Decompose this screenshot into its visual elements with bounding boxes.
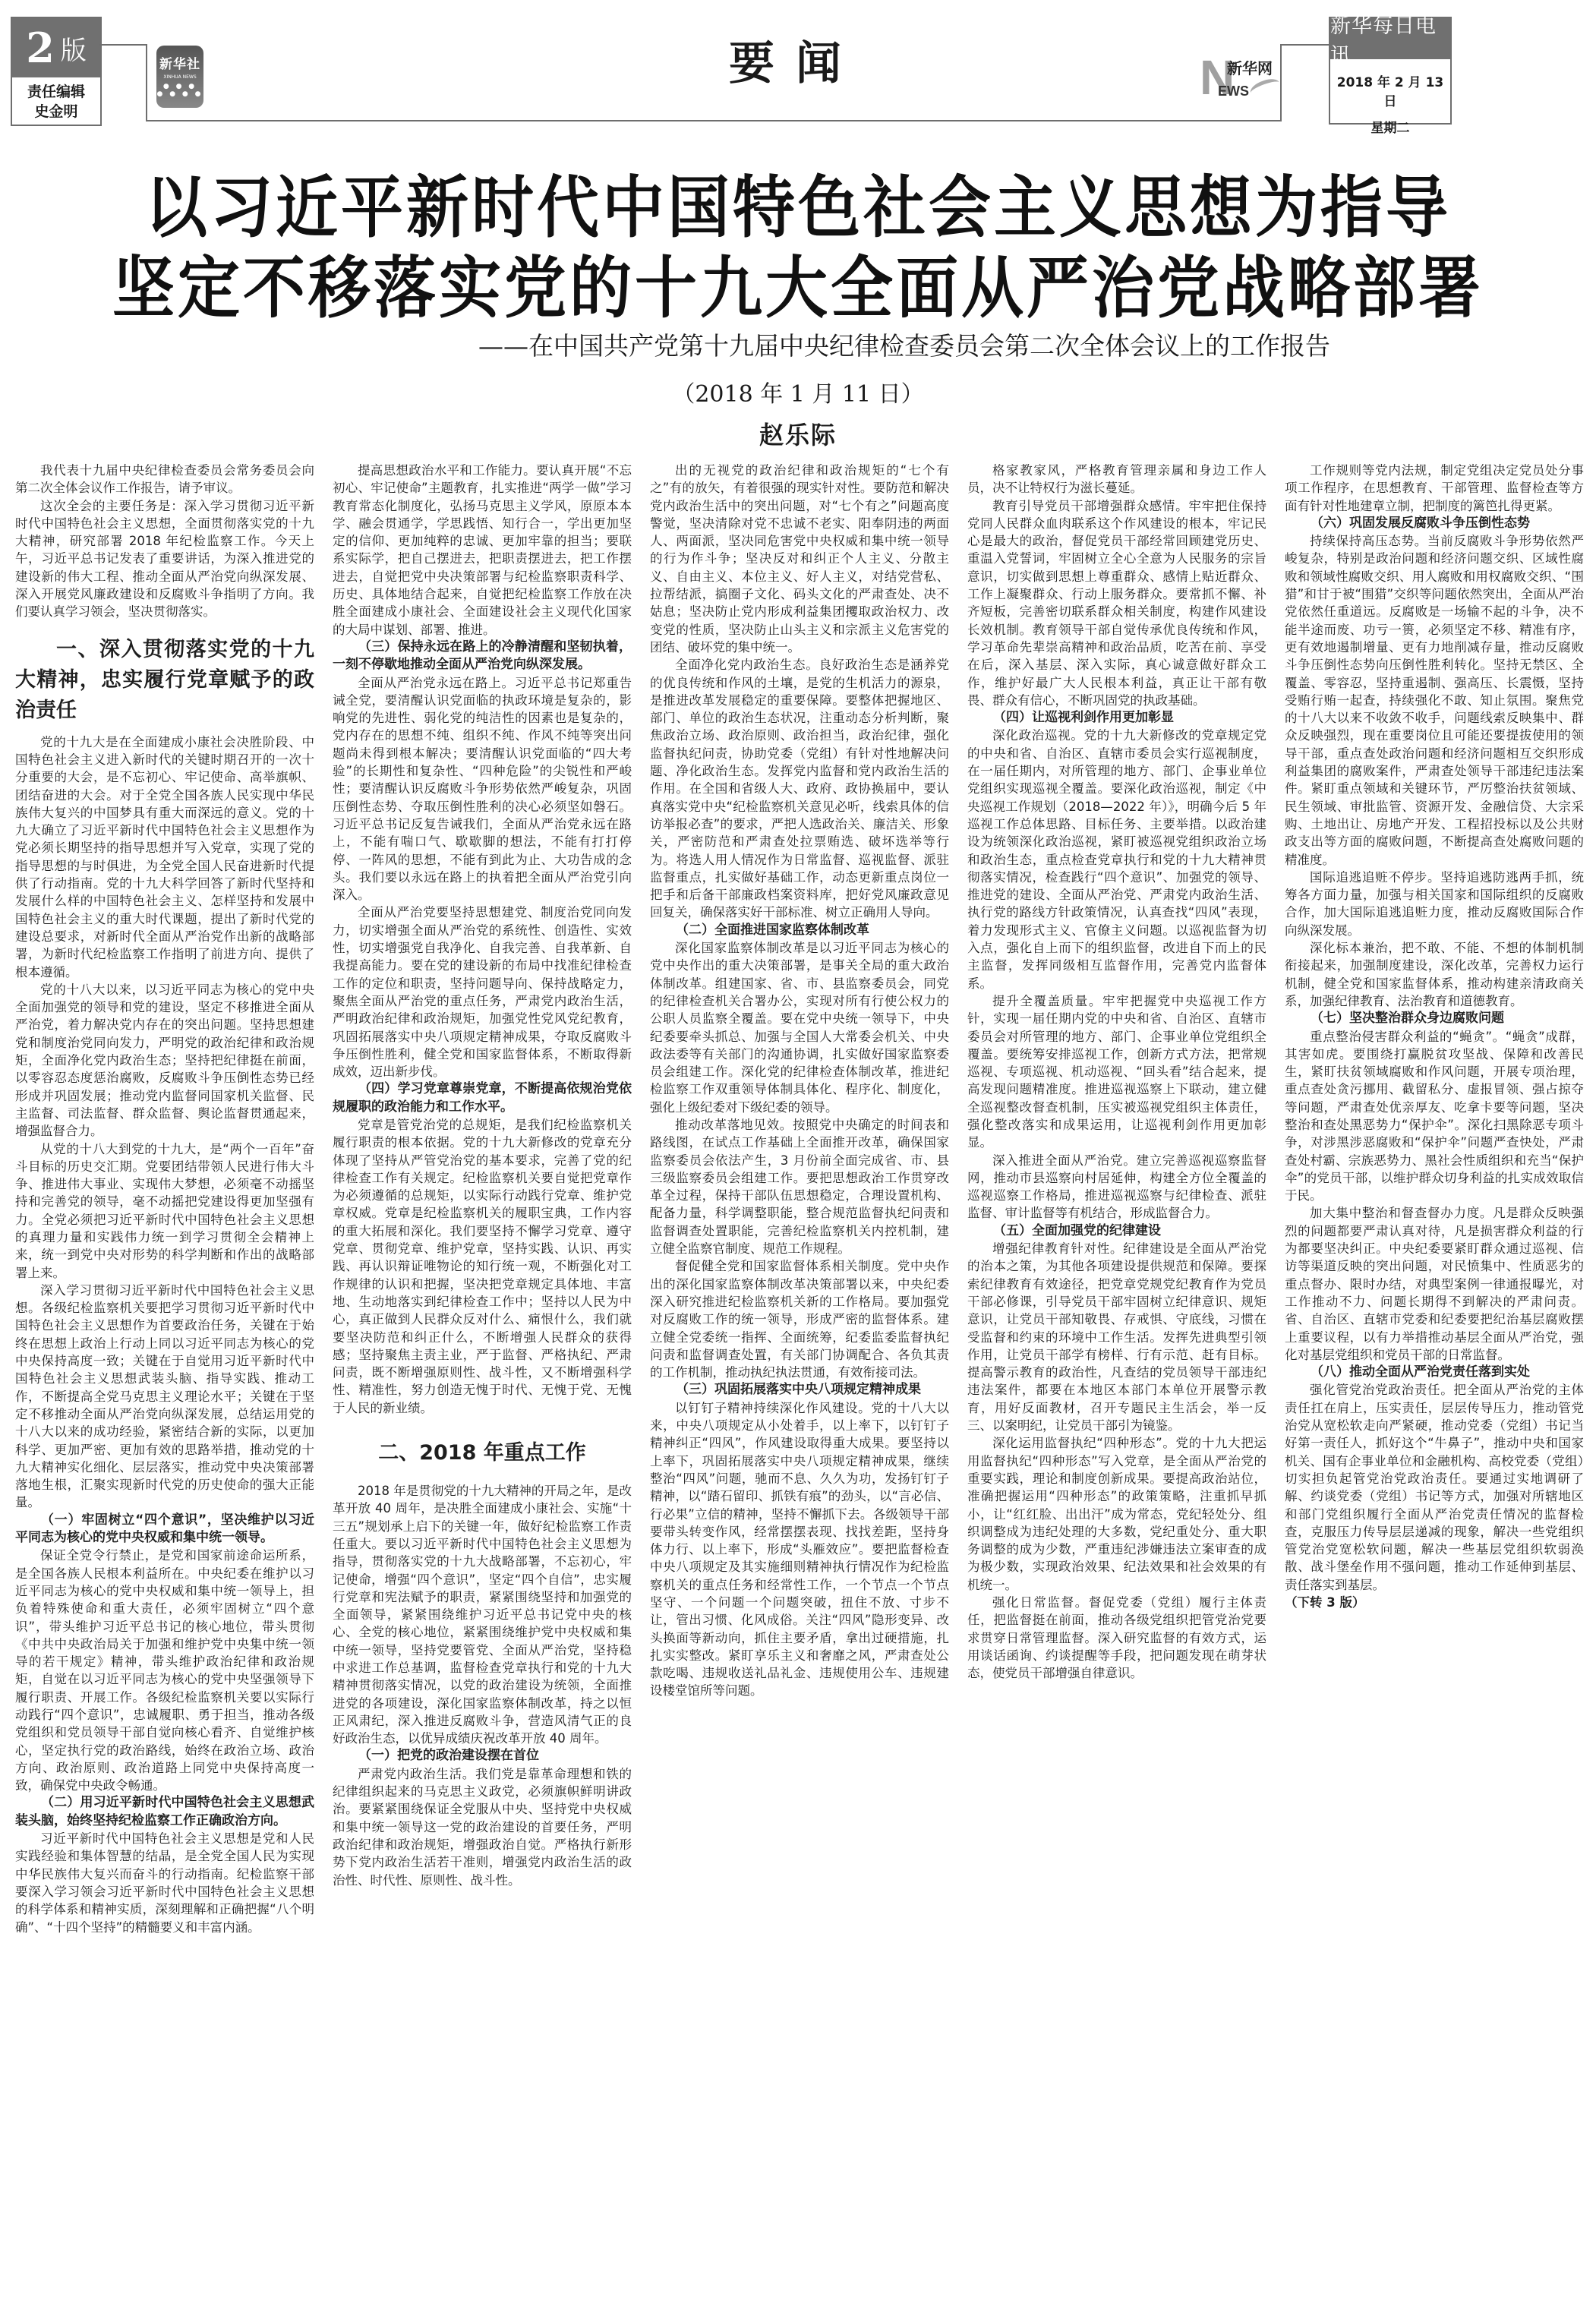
paragraph: 深入学习贯彻习近平新时代中国特色社会主义思想。各级纪检监察机关要把学习贯彻习近平… xyxy=(15,1282,314,1512)
subsection-heading: （二）用习近平新时代中国特色社会主义思想武装头脑，始终坚持纪检监察工作正确政治方… xyxy=(15,1794,314,1830)
edition-number: 2 xyxy=(26,24,55,72)
paragraph: 深化标本兼治，把不敢、不能、不想的体制机制衔接起来，加强制度建设，深化改革，完善… xyxy=(1285,939,1584,1010)
paragraph: 这次全会的主要任务是：深入学习贯彻习近平新时代中国特色社会主义思想，全面贯彻落实… xyxy=(15,497,314,621)
subsection-heading: （五）全面加强党的纪律建设 xyxy=(967,1222,1266,1240)
article-subtitle: ——在中国共产党第十九届中央纪律检查委员会第二次全体会议上的工作报告 xyxy=(0,326,1596,362)
edition-unit: 版 xyxy=(61,30,87,67)
subsection-heading: （六）巩固发展反腐败斗争压倒性态势 xyxy=(1285,515,1584,532)
section-heading: 一、深入贯彻落实党的十九大精神，忠实履行党章赋予的政治责任 xyxy=(15,635,314,726)
editor-credit: 责任编辑 史金明 xyxy=(12,77,100,121)
paragraph: 格家教家风，严格教育管理亲属和身边工作人员，决不让特权行为滋长蔓延。 xyxy=(967,462,1266,497)
paragraph: 深化国家监察体制改革是以习近平同志为核心的党中央作出的重大决策部署，是事关全局的… xyxy=(650,939,949,1116)
paragraph: 推动改革落地见效。按照党中央确定的时间表和路线图，在试点工作基础上全面推开改革，… xyxy=(650,1116,949,1257)
article-column-2: 提高思想政治水平和工作能力。要认真开展“不忘初心、牢记使命”主题教育，扎实推进“… xyxy=(333,462,632,2303)
paragraph: 工作规则等党内法规，制定党组决定党员处分事项工作程序，在思想教育、干部管理、监督… xyxy=(1285,462,1584,515)
paragraph: 我代表十九届中央纪律检查委员会常务委员会向第二次全体会议作工作报告，请予审议。 xyxy=(15,462,314,497)
paragraph: 党的十九大是在全面建成小康社会决胜阶段、中国特色社会主义进入新时代的关键时期召开… xyxy=(15,733,314,981)
article-column-3: 出的无视党的政治纪律和政治规矩的“七个有之”有的放矢，有着很强的现实针对性。要防… xyxy=(650,462,949,2303)
paragraph: 提高思想政治水平和工作能力。要认真开展“不忘初心、牢记使命”主题教育，扎实推进“… xyxy=(333,462,632,639)
paragraph: 增强纪律教育针对性。纪律建设是全面从严治党的治本之策，为其他各项建设提供规范和保… xyxy=(967,1240,1266,1434)
article-column-4: 格家教家风，严格教育管理亲属和身边工作人员，决不让特权行为滋长蔓延。教育引导党员… xyxy=(967,462,1266,2303)
paragraph: 党章是管党治党的总规矩，是我们纪检监察机关履行职责的根本依据。党的十九大新修改的… xyxy=(333,1116,632,1417)
headline-line-2: 坚定不移落实党的十九大全面从严治党战略部署 xyxy=(0,235,1596,330)
section-heading: 二、2018 年重点工作 xyxy=(333,1438,632,1468)
network-dots-icon: ● ● ●● ● ● ● xyxy=(156,83,203,98)
subsection-heading: （二）全面推进国家监察体制改革 xyxy=(650,922,949,939)
xinhua-logo-en: XINHUA NEWS xyxy=(156,74,203,80)
xinhua-logo-cn: 新华社 xyxy=(156,46,203,72)
paragraph: 深化运用监督执纪“四种形态”。党的十九大把运用监督执纪“四种形态”写入党章，是全… xyxy=(967,1434,1266,1594)
article-column-1: 我代表十九届中央纪律检查委员会常务委员会向第二次全体会议作工作报告，请予审议。这… xyxy=(15,462,314,2303)
paper-name: 新华每日电讯 xyxy=(1330,18,1450,59)
paragraph: 加大集中整治和督查督办力度。凡是群众反映强烈的问题都要严肃认真对待，凡是损害群众… xyxy=(1285,1204,1584,1364)
xinhuanet-logo-cn: 新华网 xyxy=(1227,56,1273,78)
article-column-5: 工作规则等党内法规，制定党组决定党员处分事项工作程序，在思想教育、干部管理、监督… xyxy=(1285,462,1584,2303)
subsection-heading: （四）学习党章尊崇党章，不断提高依规治党依规履职的政治能力和工作水平。 xyxy=(333,1080,632,1116)
issue-date: 2018 年 2 月 13 日 xyxy=(1330,71,1450,109)
paragraph: 强化日常监督。督促党委（党组）履行主体责任，把监督挺在前面，推动各级党组织把管党… xyxy=(967,1594,1266,1682)
masthead-rule xyxy=(146,44,147,121)
paragraph: 严肃党内政治生活。我们党是靠革命理想和铁的纪律组织起来的马克思主义政党，必须旗帜… xyxy=(333,1765,632,1889)
paragraph: 2018 年是贯彻党的十九大精神的开局之年，是改革开放 40 周年，是决胜全面建… xyxy=(333,1482,632,1747)
paragraph: 以钉钉子精神持续深化作风建设。党的十八大以来，中央八项规定从小处着手，以上率下，… xyxy=(650,1399,949,1700)
editor-label: 责任编辑 xyxy=(12,82,100,102)
subsection-heading: （一）牢固树立“四个意识”，坚决维护以习近平同志为核心的党中央权威和集中统一领导… xyxy=(15,1512,314,1547)
masthead-rule xyxy=(1280,44,1329,46)
section-title: 要闻 xyxy=(729,27,863,93)
paragraph: 重点整治侵害群众利益的“蝇贪”。“蝇贪”成群，其害如虎。要围绕打赢脱贫攻坚战、保… xyxy=(1285,1028,1584,1205)
subsection-heading: （八）推动全面从严治党责任落到实处 xyxy=(1285,1364,1584,1381)
paragraph: 从党的十八大到党的十九大，是“两个一百年”奋斗目标的历史交汇期。党要团结带领人民… xyxy=(15,1140,314,1282)
masthead-rule xyxy=(146,120,1281,121)
paragraph: 党的十八大以来，以习近平同志为核心的党中央全面加强党的领导和党的建设，坚定不移推… xyxy=(15,981,314,1140)
subsection-heading: （七）坚决整治群众身边腐败问题 xyxy=(1285,1010,1584,1027)
masthead-rule xyxy=(99,44,146,46)
xinhuanet-logo-ews: EWS xyxy=(1218,84,1249,99)
continued-on-page-link[interactable]: （下转 3 版） xyxy=(1285,1595,1364,1610)
paragraph: 全面从严治党要坚持思想建党、制度治党同向发力，切实增强全面从严治党的系统性、创造… xyxy=(333,904,632,1080)
article-author: 赵乐际 xyxy=(0,416,1596,451)
masthead: 2 版 责任编辑 史金明 新华社 XINHUA NEWS ● ● ●● ● ● … xyxy=(0,0,1596,129)
paper-name-box: 新华每日电讯 2018 年 2 月 13 日 星期二 xyxy=(1329,17,1452,125)
subsection-heading: （一）把党的政治建设摆在首位 xyxy=(333,1747,632,1765)
paragraph: 深入推进全面从严治党。建立完善巡视巡察监督网，推动市县巡察向村居延伸，构建全方位… xyxy=(967,1152,1266,1222)
issue-weekday: 星期二 xyxy=(1330,117,1450,136)
edition-box: 2 版 责任编辑 史金明 xyxy=(11,17,102,126)
paragraph: 深化政治巡视。党的十九大新修改的党章规定党的中央和省、自治区、直辖市委员会实行巡… xyxy=(967,727,1266,992)
subsection-heading: （三）保持永远在路上的冷静清醒和坚韧执着，一刻不停歇地推动全面从严治党向纵深发展… xyxy=(333,639,632,674)
paragraph: 保证全党令行禁止，是党和国家前途命运所系，是全国各族人民根本利益所在。中央纪委在… xyxy=(15,1547,314,1794)
edition-number-banner: 2 版 xyxy=(12,18,100,77)
masthead-rule xyxy=(1280,44,1282,121)
subsection-heading: （三）巩固拓展落实中央八项规定精神成果 xyxy=(650,1381,949,1399)
paragraph: 教育引导党员干部增强群众感情。牢牢把住保持党同人民群众血肉联系这个作风建设的根本… xyxy=(967,497,1266,710)
swoosh-icon xyxy=(1248,76,1282,100)
paragraph: 习近平新时代中国特色社会主义思想是党和人民实践经验和集体智慧的结晶，是全党全国人… xyxy=(15,1830,314,1936)
paragraph: 强化管党治党政治责任。把全面从严治党的主体责任扛在肩上，压实责任，层层传导压力，… xyxy=(1285,1381,1584,1594)
paragraph: 督促健全党和国家监督体系相关制度。党中央作出的深化国家监察体制改革决策部署以来，… xyxy=(650,1257,949,1381)
paragraph: 提升全覆盖质量。牢牢把握党中央巡视工作方针，实现一届任期内党的中央和省、自治区、… xyxy=(967,992,1266,1152)
paragraph: 持续保持高压态势。当前反腐败斗争形势依然严峻复杂，特别是政治问题和经济问题交织、… xyxy=(1285,532,1584,869)
editor-name: 史金明 xyxy=(12,102,100,121)
xinhuanet-news-logo-icon: N 新华网 EWS xyxy=(1200,53,1276,102)
xinhua-news-logo-icon: 新华社 XINHUA NEWS ● ● ●● ● ● ● xyxy=(156,46,203,108)
article-body: 我代表十九届中央纪律检查委员会常务委员会向第二次全体会议作工作报告，请予审议。这… xyxy=(15,462,1584,2303)
paragraph: 全面净化党内政治生态。良好政治生态是涵养党的优良传统和作风的土壤，是党的生机活力… xyxy=(650,656,949,921)
article-date: （2018 年 1 月 11 日） xyxy=(0,375,1596,408)
paragraph: 出的无视党的政治纪律和政治规矩的“七个有之”有的放矢，有着很强的现实针对性。要防… xyxy=(650,462,949,656)
paragraph: 国际追逃追赃不停步。坚持追逃防逃两手抓，统筹各方面力量，加强与相关国家和国际组织… xyxy=(1285,869,1584,939)
paragraph: 全面从严治党永远在路上。习近平总书记郑重告诫全党，要清醒认识党面临的执政环境是复… xyxy=(333,674,632,904)
subsection-heading: （四）让巡视利剑作用更加彰显 xyxy=(967,709,1266,727)
